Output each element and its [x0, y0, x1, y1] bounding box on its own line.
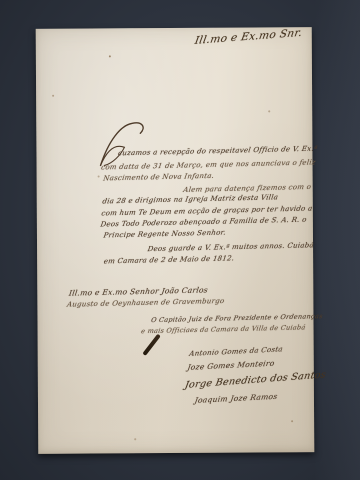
body-line: Nascimento de Nova Infanta. — [103, 172, 215, 183]
body-line: dia 28 e dirigimos na Igreja Matriz dest… — [102, 193, 279, 205]
stain-speck — [291, 420, 293, 422]
subscription-line: e mais Officiaes da Camara da Villa de C… — [141, 323, 307, 335]
signature: Joaquim Joze Ramos — [194, 392, 278, 405]
subscription-line: O Capitão Juiz de Fora Prezidente e Orde… — [151, 312, 324, 324]
manuscript-page: Ill.mo e Ex.mo Snr. cuzamos a recepção d… — [36, 27, 315, 454]
valediction-line: Deos guarde a V. Ex.ª muitos annos. Cuia… — [147, 241, 314, 253]
stain-speck — [134, 438, 136, 440]
heading-salutation: Ill.mo e Ex.mo Snr. — [194, 27, 303, 47]
body-line: Deos Todo Poderozo abençoado a Familia d… — [100, 216, 307, 229]
photograph-frame: Ill.mo e Ex.mo Snr. cuzamos a recepção d… — [0, 0, 360, 480]
opening-initial-flourish — [94, 121, 160, 167]
stain-speck — [52, 95, 54, 97]
signature: Antonio Gomes da Costa — [189, 345, 284, 358]
stain-speck — [98, 175, 100, 177]
valediction-line: em Camara de 2 de Maio de 1812. — [103, 254, 235, 265]
stain-speck — [109, 55, 111, 57]
addressee-line: Augusto de Oeynhausen de Gravemburgo — [66, 297, 225, 309]
body-line: Principe Regente Nosso Senhor. — [103, 229, 227, 240]
pen-rubric-stroke — [142, 334, 160, 356]
signature: Joze Gomes Monteiro — [187, 359, 275, 372]
signature: Jorge Benedicto dos Santos — [184, 369, 327, 391]
stain-speck — [268, 110, 270, 112]
addressee-line: Ill.mo e Ex.mo Senhor João Carlos — [68, 285, 208, 297]
body-line: Alem para datença fizemos com o — [183, 183, 312, 194]
